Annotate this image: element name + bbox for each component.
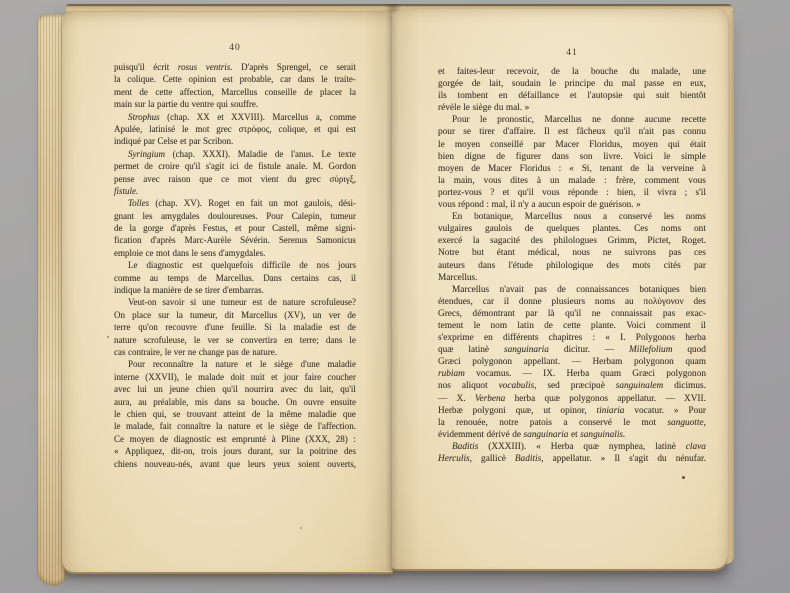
text-line: etfaites-leurrecevoir,delabouchedumalade… [438, 67, 706, 79]
text-line: CemoyendediagnosticestempruntéàPline(XXX… [114, 434, 356, 446]
text-line: étendues,carildonneplusieursnomsauπολύγο… [438, 297, 706, 309]
text-line: chiensnouveau-nés,avantqueleursyeuxsoien… [114, 459, 356, 471]
text-line: poursetirerd'affaire.Ilestfâcheuxqu'iln'… [438, 127, 706, 139]
text-line: Baditis(XXXIII).«Herbaquænymphea,latinèc… [438, 442, 706, 454]
text-line: moyendeMacerFloridus:«Si,tenantdelaverve… [438, 164, 706, 176]
gutter-shadow [364, 9, 420, 571]
text-line: mentdecetteaffection,Marcellusconseilled… [114, 87, 356, 99]
text-line: exercélasagacitédesphilologuesGrimm,Pict… [438, 236, 706, 248]
text-line: aura,aupréalable,misdanssabouche.Onouvre… [114, 397, 356, 409]
text-line: auteursdansl'étudephilologiquedesmotscit… [438, 261, 706, 273]
page-41-number: 41 [438, 48, 706, 58]
text-line: avecluiunjeunechienqu'ilnourriraavecdula… [114, 384, 356, 396]
open-book: 40 41 puisqu'ilécritrosusventris.D'après… [0, 0, 790, 593]
text-line: lemalade,faitconnaîtrelanatureetlesièged… [114, 421, 356, 433]
foxing-spot [682, 476, 685, 479]
text-line: gnantlesamygdalesdouloureuses.PourCalepi… [114, 211, 356, 223]
text-line: «Appliquez,dit-on,troisjoursdurant,surla… [114, 446, 356, 458]
text-line: s'exprimeendifférentschapitres:«I.Polygo… [438, 333, 706, 345]
text-line: mainsurlapartieduventrequisouffre. [114, 99, 356, 111]
text-line: Grecs,démontrantparlàqu'ilneconnaissaitp… [438, 309, 706, 321]
text-line: Notrebutétantmédical,nousnesuivronspasce… [438, 248, 706, 260]
text-line: Herbæpolygoniquæ,utopinor,tiniariavocatu… [438, 406, 706, 418]
text-line: quælatinèsanguinariadicitur.—Millefolium… [438, 345, 706, 357]
text-line: Syringium(chap.XXXI).Maladiedel'anus.Let… [114, 149, 356, 161]
page-41-text: etfaites-leurrecevoir,delabouchedumalade… [438, 67, 706, 466]
text-line: puisqu'ilécritrosusventris.D'aprèsSpreng… [114, 62, 356, 74]
gutter-notch [384, 4, 402, 14]
text-line: Herculis,gallicèBaditis,appellatur.»Ils'… [438, 454, 706, 466]
text-line: naturescrofuleuse,leverseconvertiraenter… [114, 335, 356, 347]
text-line: tementlenomlatindecetteplante.Voicicomme… [438, 321, 706, 333]
fore-edge-page-stack [37, 14, 65, 586]
text-line: indiquéparCelseetparScribon. [114, 136, 356, 148]
foxing-spot [107, 336, 109, 338]
foxing-spot [586, 166, 588, 168]
text-line: gorgéedelait,soudainleprincipedumalpasse… [438, 79, 706, 91]
text-line: penseavecraisonquecemotvientdugrecσύριγξ… [114, 174, 356, 186]
text-line: permetdecroirequ'ils'agiticidefistuleana… [114, 161, 356, 173]
text-line: indiquelamanièredesetirerd'embarras. [114, 285, 356, 297]
text-line: portez-vous?etqu'ilvousréponde:bien,ilvi… [438, 188, 706, 200]
text-line: Græcipolygononappellant.—Herbampolygonon… [438, 357, 706, 369]
text-line: Enbotanique,Marcellusnousaconservélesnom… [438, 212, 706, 224]
page-40-number: 40 [114, 43, 356, 53]
text-line: révèlelesiègedumal.» [438, 103, 706, 115]
text-line: vulgairesgauloisdequelquesplantes.Cesnom… [438, 224, 706, 236]
text-line: Marcellusn'avaitpasdeconnaissancesbotani… [438, 285, 706, 297]
text-line: fistule. [114, 186, 356, 198]
text-line: Pourlepronostic,Marcellusnedonneaucunere… [438, 115, 706, 127]
text-line: Marcellus. [438, 273, 706, 285]
text-line: vousrépond:mal,iln'yaaucunespoirdeguéris… [438, 200, 706, 212]
text-line: interne(XXVII),lemaladedoitnuitetjourfai… [114, 372, 356, 384]
text-line: Lediagnosticestquelquefoisdifficiledenos… [114, 260, 356, 272]
text-line: —X.Verbenaherbaquæpolygonosappellatur.—X… [438, 394, 706, 406]
text-line: cascontraire,levernechangepasdenature. [114, 347, 356, 359]
text-line: commeautempsdeMarcellus.Danscertainscas,… [114, 273, 356, 285]
text-line: Tolles(chap.XV).Rogetenfaitunmotgaulois,… [114, 198, 356, 210]
text-line: nosaliquotvocabulis,sedpræcipuèsanguinal… [438, 381, 706, 393]
photo-background: 40 41 puisqu'ilécritrosusventris.D'après… [0, 0, 790, 593]
text-line: delagorged'aprèsFestus,etpourCastell,mêm… [114, 223, 356, 235]
text-line: lamain,vousditesàunmalade:frère,commentv… [438, 176, 706, 188]
text-line: lechienqui,setrouvantatteintdelamêmemala… [114, 409, 356, 421]
text-line: Apulée,latinisélemotgrecστρόφος,colique,… [114, 124, 356, 136]
text-line: Onplacesurlatumeur,ditMarcellus(XV),unve… [114, 310, 356, 322]
foxing-spot [300, 527, 302, 529]
text-line: Veut-onsavoirsiunetumeurestdenaturescrof… [114, 297, 356, 309]
text-line: Pourreconnaîtrelanatureetlesièged'unemal… [114, 359, 356, 371]
text-line: rubiamvocamus.—IX.HerbaquamGræcipolygono… [438, 369, 706, 381]
text-line: Strophus(chap.XXetXXVIII).Marcellusa,com… [114, 112, 356, 124]
text-line: biendignedefigurerdanssonlivre.Voicilesi… [438, 152, 706, 164]
text-line: lemoyenconseilléparMacerFloridus,moyenqu… [438, 140, 706, 152]
text-line: larenouée,notrepatoisaconservélemotsangu… [438, 418, 706, 430]
text-line: lacolique.Cetteopinionestprobable,cardan… [114, 74, 356, 86]
text-line: ilstombentendéfaillanceetl'autopsiequisu… [438, 91, 706, 103]
text-line: terrequ'onrecouvred'unefeuille.Silamalad… [114, 322, 356, 334]
page-40-text: puisqu'ilécritrosusventris.D'aprèsSpreng… [114, 62, 356, 471]
text-line: ficationd'aprèsMarc-AurèleSévérin.Serenu… [114, 235, 356, 247]
text-line: évidemmentdérivédesanguinariaetsanguinal… [438, 430, 706, 442]
text-line: emploiecemotdanslesensd'amygdales. [114, 248, 356, 260]
